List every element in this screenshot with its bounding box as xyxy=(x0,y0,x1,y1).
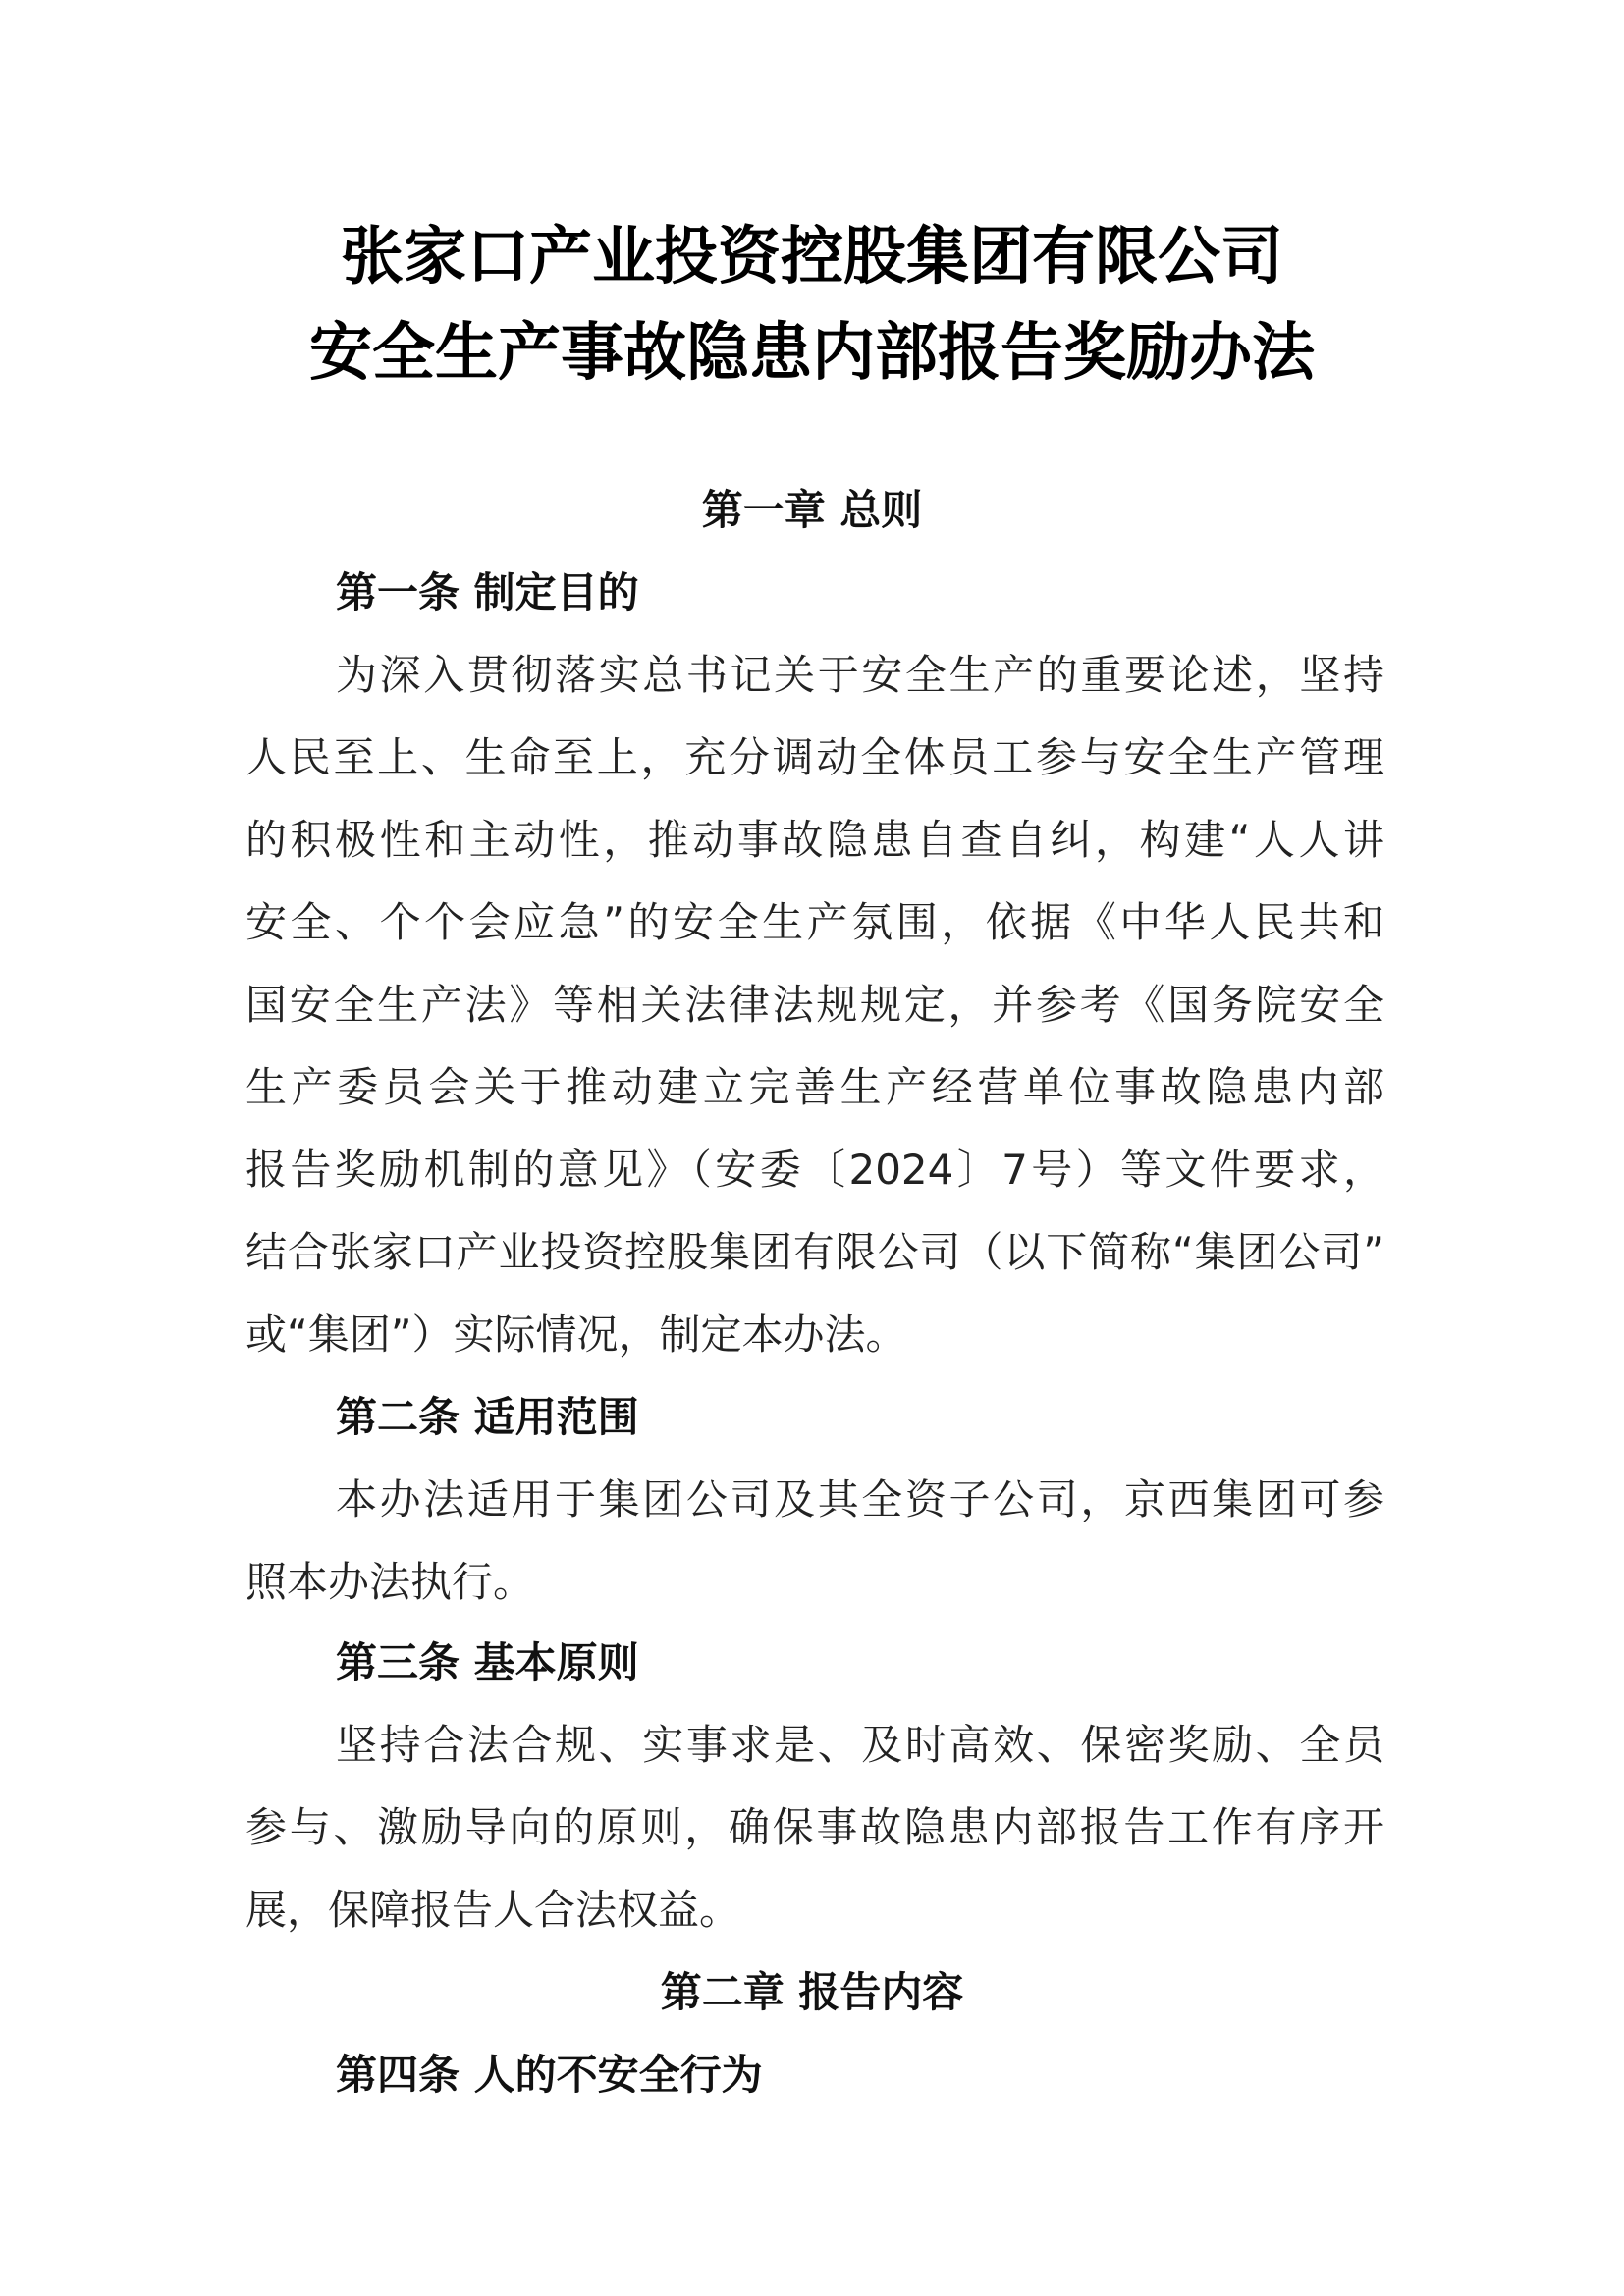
article-heading-4: 第四条 人的不安全行为 xyxy=(336,2046,763,2105)
article-heading-3: 第三条 基本原则 xyxy=(336,1633,639,1692)
paragraph-line: 坚持合法合规、实事求是、及时高效、保密奖励、全员 xyxy=(336,1716,1384,1775)
paragraph-line: 生产委员会关于推动建立完善生产经营单位事故隐患内部 xyxy=(245,1058,1384,1117)
paragraph-line: 照本办法执行。 xyxy=(245,1553,1384,1612)
paragraph-line: 安全、个个会应急”的安全生产氛围，依据《中华人民共和 xyxy=(245,893,1384,952)
article-heading-1: 第一条 制定目的 xyxy=(336,563,639,622)
paragraph-line: 为深入贯彻落实总书记关于安全生产的重要论述，坚持 xyxy=(336,646,1384,705)
document-title-line2: 安全生产事故隐患内部报告奖励办法 xyxy=(0,314,1624,393)
paragraph-line: 本办法适用于集团公司及其全资子公司，京西集团可参 xyxy=(336,1470,1384,1529)
paragraph-line: 展，保障报告人合法权益。 xyxy=(245,1881,1384,1940)
paragraph-line: 结合张家口产业投资控股集团有限公司（以下简称“集团公司” xyxy=(245,1223,1384,1282)
paragraph-line: 的积极性和主动性，推动事故隐患自查自纠，构建“人人讲 xyxy=(245,811,1384,870)
paragraph-line: 人民至上、生命至上，充分调动全体员工参与安全生产管理 xyxy=(245,728,1384,787)
chapter-heading-1: 第一章 总则 xyxy=(0,481,1624,540)
document-title-line1: 张家口产业投资控股集团有限公司 xyxy=(0,218,1624,296)
chapter-heading-2: 第二章 报告内容 xyxy=(0,1963,1624,2022)
document-page: 张家口产业投资控股集团有限公司 安全生产事故隐患内部报告奖励办法 第一章 总则 … xyxy=(0,0,1624,2296)
paragraph-line: 或“集团”）实际情况，制定本办法。 xyxy=(245,1306,1384,1364)
paragraph-line: 报告奖励机制的意见》（安委〔2024〕7号）等文件要求， xyxy=(245,1141,1384,1200)
paragraph-line: 参与、激励导向的原则，确保事故隐患内部报告工作有序开 xyxy=(245,1798,1384,1857)
article-heading-2: 第二条 适用范围 xyxy=(336,1388,639,1447)
paragraph-line: 国安全生产法》等相关法律法规规定，并参考《国务院安全 xyxy=(245,976,1384,1035)
